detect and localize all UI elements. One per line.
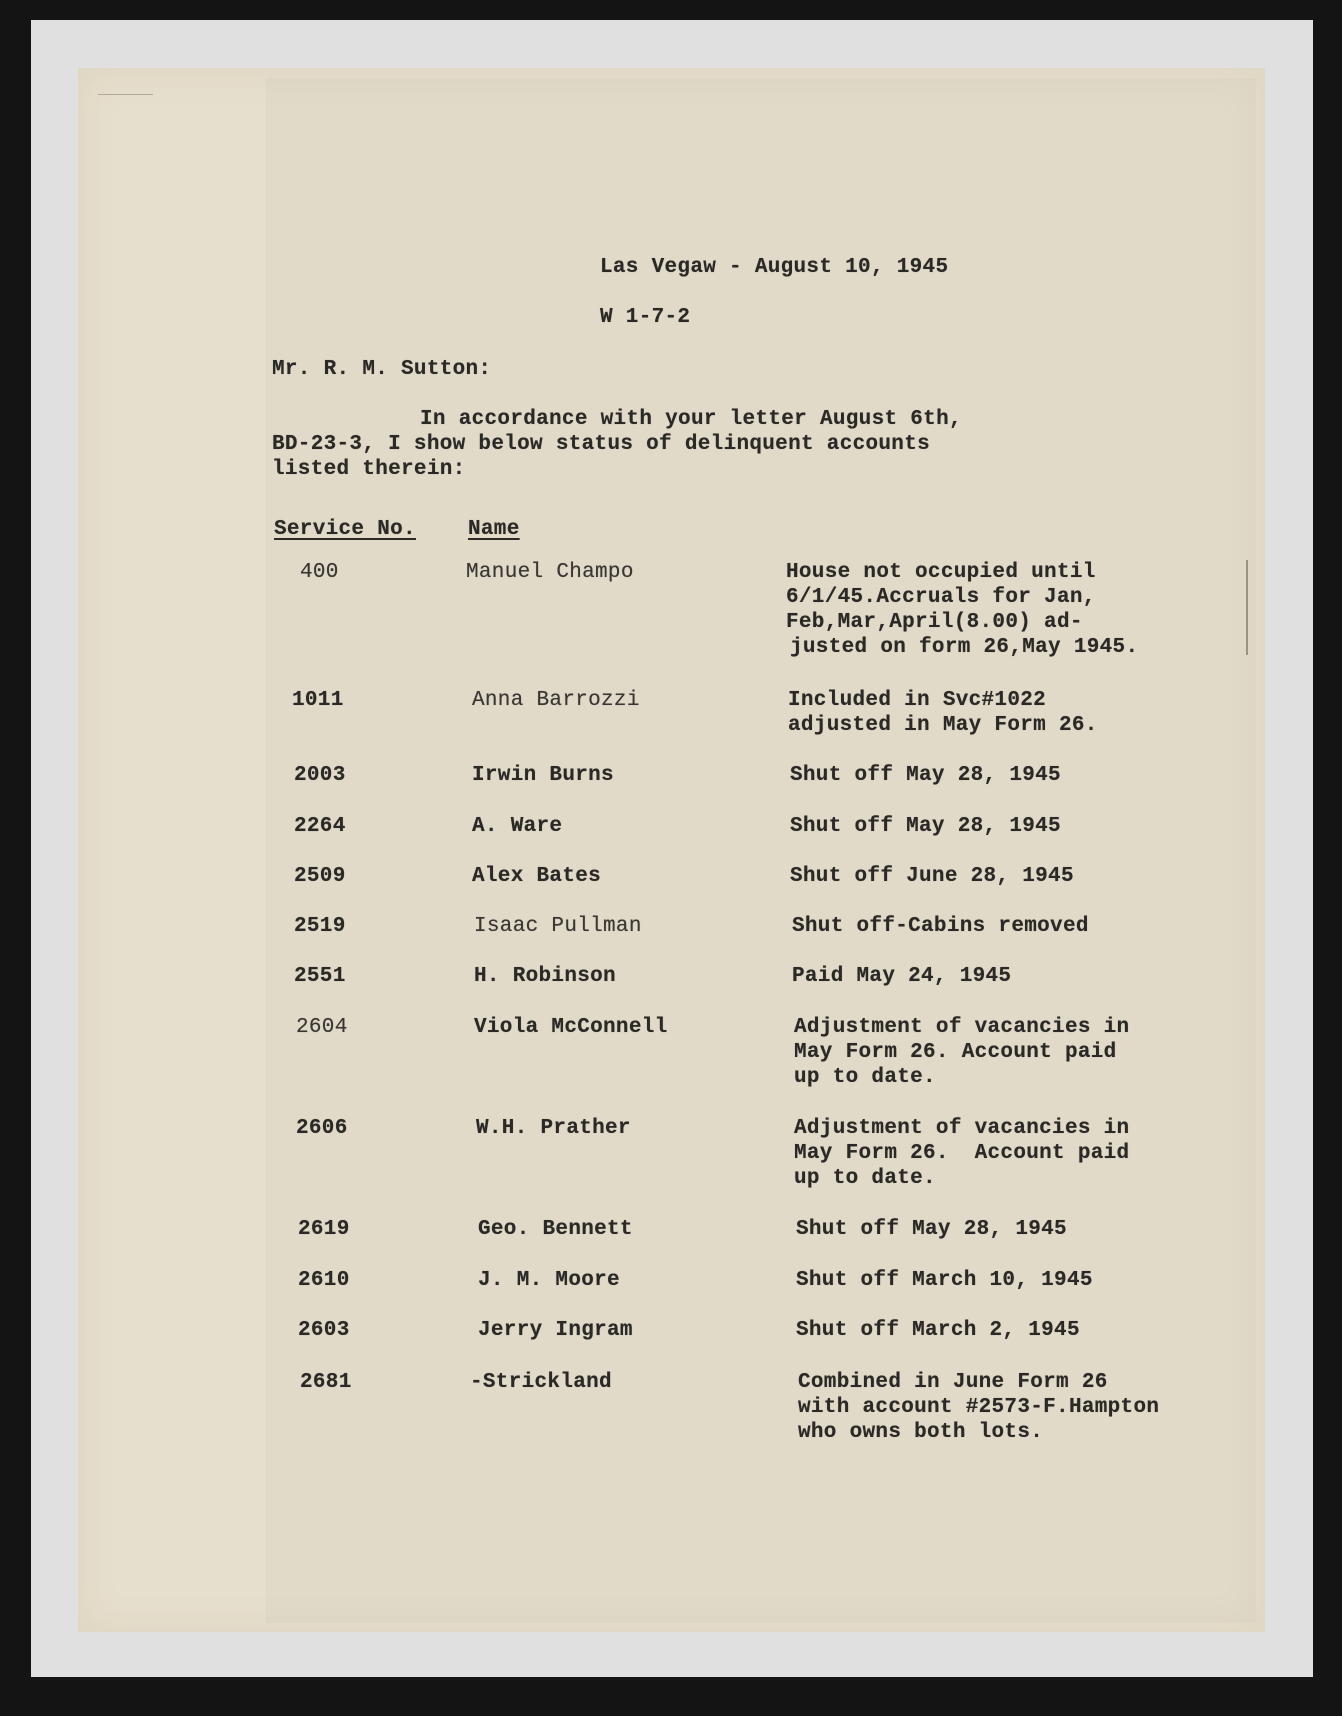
margin-mark: [1246, 560, 1248, 655]
body-line-3: listed therein:: [272, 457, 466, 482]
service-number: 2003: [294, 763, 346, 788]
service-number: 2681: [300, 1370, 352, 1395]
status-line: Feb,Mar,April(8.00) ad-: [786, 610, 1083, 635]
service-number: 2603: [298, 1318, 350, 1343]
account-name: -Strickland: [470, 1370, 612, 1395]
status-line: House not occupied until: [786, 560, 1096, 585]
account-name: Anna Barrozzi: [472, 688, 640, 713]
service-number: 2619: [298, 1217, 350, 1242]
status-line: Included in Svc#1022: [788, 688, 1046, 713]
status-line: justed on form 26,May 1945.: [790, 635, 1138, 660]
service-number: 2610: [298, 1268, 350, 1293]
column-header-service-no: Service No.: [274, 517, 416, 542]
account-name: Alex Bates: [472, 864, 601, 889]
account-name: H. Robinson: [474, 964, 616, 989]
status-line: who owns both lots.: [798, 1420, 1043, 1445]
status-line: Shut off March 2, 1945: [796, 1318, 1080, 1343]
status-line: Shut off May 28, 1945: [790, 763, 1061, 788]
status-line: Adjustment of vacancies in: [794, 1015, 1129, 1040]
account-name: Viola McConnell: [474, 1015, 668, 1040]
service-number: 2519: [294, 914, 346, 939]
pencil-mark: [98, 94, 153, 98]
status-line: May Form 26. Account paid: [794, 1141, 1129, 1166]
heading-place-date: Las Vegaw - August 10, 1945: [600, 255, 948, 280]
status-line: Adjustment of vacancies in: [794, 1116, 1129, 1141]
status-line: May Form 26. Account paid: [794, 1040, 1117, 1065]
status-line: up to date.: [794, 1166, 936, 1191]
status-line: adjusted in May Form 26.: [788, 713, 1098, 738]
account-name: W.H. Prather: [476, 1116, 631, 1141]
status-line: Shut off-Cabins removed: [792, 914, 1089, 939]
service-number: 2509: [294, 864, 346, 889]
salutation: Mr. R. M. Sutton:: [272, 357, 491, 382]
service-number: 2551: [294, 964, 346, 989]
account-name: Jerry Ingram: [478, 1318, 633, 1343]
status-line: Shut off March 10, 1945: [796, 1268, 1093, 1293]
service-number: 2606: [296, 1116, 348, 1141]
status-line: 6/1/45.Accruals for Jan,: [786, 585, 1096, 610]
status-line: Shut off May 28, 1945: [790, 814, 1061, 839]
status-line: Shut off May 28, 1945: [796, 1217, 1067, 1242]
account-name: J. M. Moore: [478, 1268, 620, 1293]
account-name: Irwin Burns: [472, 763, 614, 788]
service-number: 1011: [292, 688, 344, 713]
status-line: with account #2573-F.Hampton: [798, 1395, 1159, 1420]
account-name: A. Ware: [472, 814, 562, 839]
status-line: Combined in June Form 26: [798, 1370, 1108, 1395]
account-name: Geo. Bennett: [478, 1217, 633, 1242]
service-number: 2604: [296, 1015, 348, 1040]
body-line-1: In accordance with your letter August 6t…: [420, 407, 962, 432]
service-number: 400: [300, 560, 339, 585]
body-line-2: BD-23-3, I show below status of delinque…: [272, 432, 930, 457]
status-line: up to date.: [794, 1065, 936, 1090]
file-reference: W 1-7-2: [600, 305, 690, 330]
service-number: 2264: [294, 814, 346, 839]
column-header-name: Name: [468, 517, 520, 542]
account-name: Isaac Pullman: [474, 914, 642, 939]
account-name: Manuel Champo: [466, 560, 634, 585]
status-line: Shut off June 28, 1945: [790, 864, 1074, 889]
status-line: Paid May 24, 1945: [792, 964, 1011, 989]
